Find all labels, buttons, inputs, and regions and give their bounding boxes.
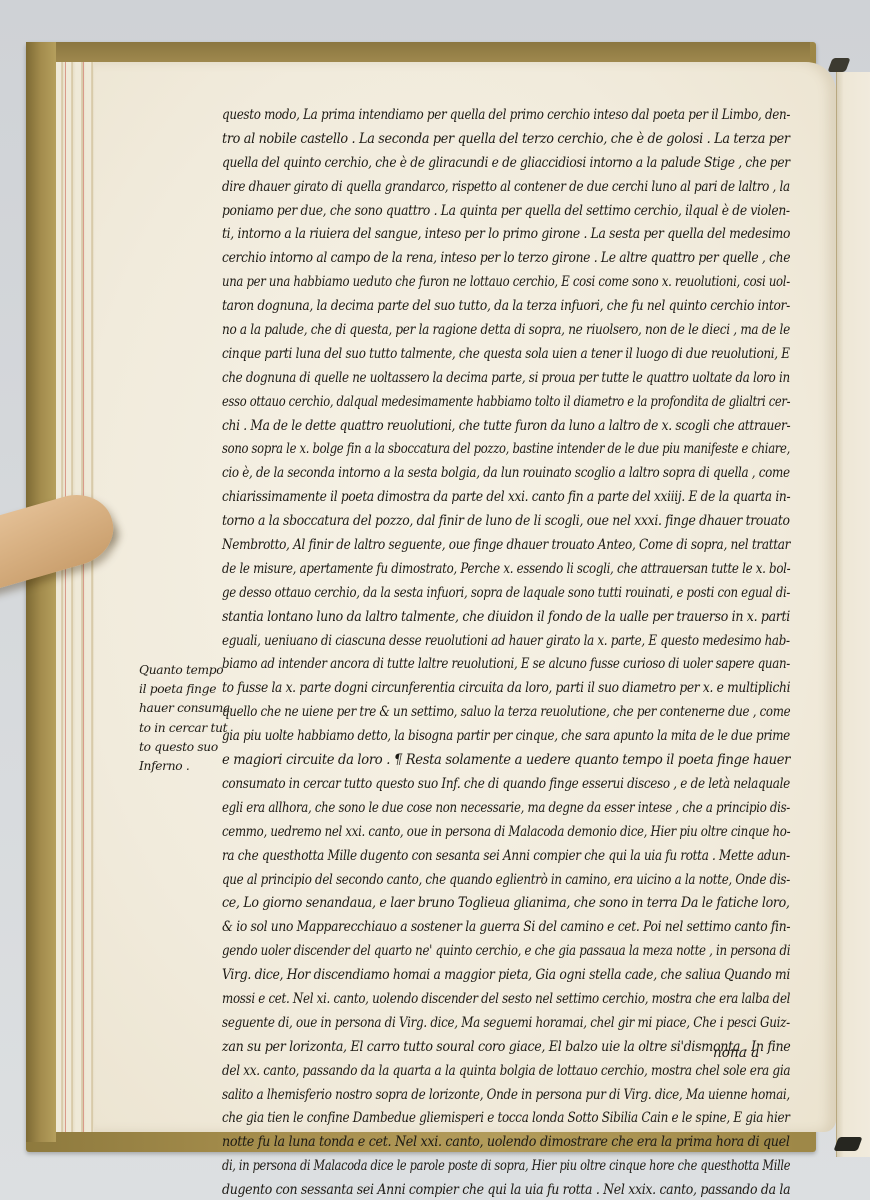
red-edge-line — [83, 62, 84, 1132]
text-line: taron dognuna, la decima parte del suo t… — [222, 295, 735, 319]
text-line: gia piu uolte habbiamo detto, la bisogna… — [222, 725, 719, 749]
text-line: mossi e cet. Nel xi. canto, uolendo disc… — [222, 988, 718, 1012]
text-line: tro al nobile castello . La seconda per … — [222, 128, 758, 152]
text-line: del xx. canto, passando da la quarta a l… — [222, 1060, 725, 1084]
text-line: ti, intorno a la riuiera del sangue, int… — [222, 223, 737, 247]
text-line: que al principio del secondo canto, che … — [222, 869, 718, 893]
text-line: & io sol uno Mapparecchiauo a sostener l… — [222, 916, 736, 940]
text-line: Nembrotto, Al finir de laltro seguente, … — [222, 534, 726, 558]
marginal-note-line: Quanto tempo — [139, 661, 235, 680]
marginal-note-line: il poeta finge — [139, 680, 235, 699]
marginal-note-line: to questo suo — [139, 738, 235, 757]
text-line: eguali, ueniuano di ciascuna desse reuol… — [222, 630, 719, 654]
text-line: esso ottauo cerchio, dalqual medesimamen… — [222, 391, 703, 415]
text-line: seguente di, oue in persona di Virg. dic… — [222, 1012, 721, 1036]
text-line: quella del quinto cerchio, che è de glir… — [222, 152, 732, 176]
text-line: che dognuna di quelle ne uoltassero la d… — [222, 367, 718, 391]
stacked-page-edges — [56, 62, 97, 1132]
marginal-note-line: Inferno . — [139, 757, 235, 776]
text-line: cinque parti luna del suo tutto talmente… — [222, 343, 723, 367]
facing-page-edge — [836, 72, 870, 1157]
text-line: Virg. dice, Hor discendiamo homai a magg… — [222, 964, 741, 988]
marginal-note-line: hauer consuma — [139, 699, 235, 718]
text-line: sono sopra le x. bolge fin a la sboccatu… — [222, 438, 706, 462]
text-line: di, in persona di Malacoda dice le parol… — [222, 1155, 696, 1179]
text-line: una per una habbiamo ueduto che furon ne… — [222, 271, 709, 295]
text-line: chiarissimamente il poeta dimostra da pa… — [222, 486, 732, 510]
catchword: nona a — [713, 1045, 759, 1061]
page-corner-shadow — [827, 58, 850, 72]
text-line: cemmo, uedremo nel xxi. canto, oue in pe… — [222, 821, 714, 845]
text-line: cio è, de la seconda intorno a la sesta … — [222, 462, 721, 486]
red-edge-line — [65, 62, 66, 1132]
text-line: notte fu la luna tonda e cet. Nel xxi. c… — [222, 1131, 754, 1155]
text-line: salito a lhemisferio nostro sopra de lor… — [222, 1084, 721, 1108]
text-line: cerchio intorno al campo de la rena, int… — [222, 247, 736, 271]
text-line: torno a la sboccatura del pozzo, dal fin… — [222, 510, 742, 534]
text-line: consumato in cercar tutto questo suo Inf… — [222, 773, 723, 797]
main-text-block: questo modo, La prima intendiamo per que… — [222, 104, 790, 1200]
text-line: ra che questhotta Mille dugento con sesa… — [222, 845, 723, 869]
text-line: egli era allhora, che sono le due cose n… — [222, 797, 713, 821]
text-line: no a la palude, che di questa, per la ra… — [222, 319, 725, 343]
cover-top-edge — [30, 42, 810, 64]
text-line: zan su per lorizonta, El carro tutto sou… — [222, 1036, 751, 1060]
text-line: to fusse la x. parte dogni circunferenti… — [222, 677, 733, 701]
text-line: biamo ad intender ancora di tutte laltre… — [222, 653, 716, 677]
text-line: dugento con sessanta sei Anni compier ch… — [222, 1179, 746, 1200]
text-line: de le misure, apertamente fu dimostrato,… — [222, 558, 717, 582]
text-line: gendo uoler discender del quarto ne' qui… — [222, 940, 715, 964]
text-line: e magiori circuite da loro . ¶ Resta sol… — [222, 749, 771, 773]
text-line: quello che ne uiene per tre & un settimo… — [222, 701, 716, 725]
text-line: ge desso ottauo cerchio, da la sesta inf… — [222, 582, 712, 606]
text-line: chi . Ma de le dette quattro reuolutioni… — [222, 415, 733, 439]
text-line: ce, Lo giorno senandaua, e laer bruno To… — [222, 892, 751, 916]
marginal-note: Quanto tempo il poeta finge hauer consum… — [139, 661, 235, 776]
cover-left-edge — [26, 42, 56, 1142]
text-line: che gia tien le confine Dambedue gliemis… — [222, 1107, 722, 1131]
text-line: stantia lontano luno da laltro talmente,… — [222, 606, 747, 630]
text-line: questo modo, La prima intendiamo per que… — [222, 104, 720, 128]
text-line: poniamo per due, che sono quattro . La q… — [222, 200, 736, 224]
marginal-note-line: to in cercar tut — [139, 719, 235, 738]
text-line: dire dhauer girato di quella grandarco, … — [222, 176, 723, 200]
